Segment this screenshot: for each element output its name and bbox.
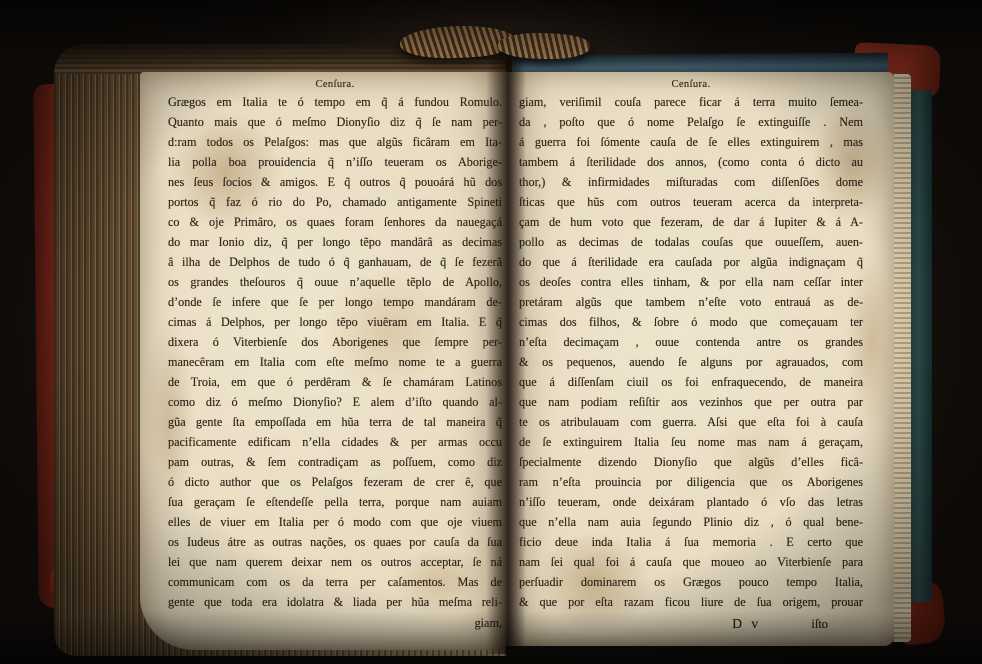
text-line: pretáram algũs que tambem n’eſte voto en… <box>519 292 863 312</box>
text-line: & os pequenos, auendo ſe alguns por agra… <box>519 352 863 372</box>
text-line: giam, veriſimil couſa parece ficar á ter… <box>519 92 863 112</box>
left-page-text-block: Cenſura. Grægos em Italia te ó tempo em … <box>168 78 502 633</box>
text-line: que n’ella nam auia ſegundo Plinio diz ,… <box>519 512 863 532</box>
book-board-edge-right <box>908 90 932 602</box>
text-line: os grandes theſouros q̃ ouue n’aquelle t… <box>168 272 502 292</box>
right-page-text-block: Cenſura. giam, veriſimil couſa parece fi… <box>519 78 863 635</box>
text-line: gũa gente ſta empoſſada em hũa terra de … <box>168 412 502 432</box>
book-photo: Cenſura. Grægos em Italia te ó tempo em … <box>0 0 982 664</box>
text-line: da , poſto que ó nome Pelaſgo ſe extingu… <box>519 112 863 132</box>
text-line: do mar Ionio diz, q̃ per longo tẽpo mand… <box>168 232 502 252</box>
text-line: que nam podiam reſiſtir aos vezinhos que… <box>519 392 863 412</box>
text-line: co & oje Primâro, os quaes foram ſenhore… <box>168 212 502 232</box>
text-line: os Iudeus átre as outras nações, os quae… <box>168 532 502 552</box>
signature-line: D v iſto <box>519 613 863 635</box>
text-line: d’onde ſe infere que ſe per longo tempo … <box>168 292 502 312</box>
text-line: de Troia, em que ó perdêram & ſe chamára… <box>168 372 502 392</box>
text-line: Quanto mais que ó meſmo Dionyſio diz q̃ … <box>168 112 502 132</box>
text-line: dixera ó Viterbienſe dos Aborigenes que … <box>168 332 502 352</box>
text-line: ficio deue inda Italia á ſua memoria . E… <box>519 532 863 552</box>
text-line: te os atribulauam com guerra. Aſsi que e… <box>519 412 863 432</box>
left-page: Cenſura. Grægos em Italia te ó tempo em … <box>140 72 506 650</box>
text-line: â ilha de Delphos de tudo ó q̃ ganhauam,… <box>168 252 502 272</box>
text-line: que á diſſenſam ciuil os foi enfraquecen… <box>519 372 863 392</box>
text-line: cimas dos filhos, & ſobre ó modo que com… <box>519 312 863 332</box>
text-line: & que por eſta razam ficou liure de ſua … <box>519 592 863 612</box>
text-line: de ſe extinguirem Italia ſeu nome mas na… <box>519 432 863 452</box>
text-line: portos q̃ faz ó rio do Po, chamado antig… <box>168 192 502 212</box>
right-page-lines: giam, veriſimil couſa parece ficar á ter… <box>519 92 863 612</box>
running-header-right: Cenſura. <box>519 78 863 92</box>
text-line: ram n’eſta prouincia por diligencia que … <box>519 472 863 492</box>
text-line: tambem á ſterilidade dos annos, (como co… <box>519 152 863 172</box>
text-line: n’iſſo teueram, onde deixáram plantado ó… <box>519 492 863 512</box>
right-page: Cenſura. giam, veriſimil couſa parece fi… <box>506 72 894 646</box>
page-edges-fore-right <box>892 74 911 642</box>
text-line: thor,) & infirmidades miſturadas com diſ… <box>519 172 863 192</box>
text-line: cimas á Delphos, per longo tẽpo viuêram … <box>168 312 502 332</box>
text-line: Grægos em Italia te ó tempo em q̃ á fund… <box>168 92 502 112</box>
text-line: lei que nam querem deixar nem os outros … <box>168 552 502 572</box>
text-line: ó dicto author que os Pelaſgos fezeram d… <box>168 472 502 492</box>
catchword-right: iſto <box>811 613 828 635</box>
text-line: á guerra foi ſómente cauſa de ſe elles e… <box>519 132 863 152</box>
text-line: manecêram em Italia com eſte meſmo nome … <box>168 352 502 372</box>
text-line: do que á ſterilidade era cauſada por alg… <box>519 252 863 272</box>
text-line: pam outras, & ſem contradiçam as poſſuem… <box>168 452 502 472</box>
text-line: pollo as decimas de todalas couſas que o… <box>519 232 863 252</box>
text-line: communicam com os da terra per caſamento… <box>168 572 502 592</box>
text-line: gente que toda era idolatra & liada per … <box>168 592 502 612</box>
text-line: d:ram todos os Pelaſgos: mas que algũs f… <box>168 132 502 152</box>
text-line: perſuadir dominarem os Grægos pouco temp… <box>519 572 863 592</box>
text-line: como diz ó meſmo Dionyſio? E alem d’iſto… <box>168 392 502 412</box>
text-line: ſpecialmente dizendo Dionyſio que algũs … <box>519 452 863 472</box>
text-line: ſua geraçam ſe eſtendeſſe pella terra, p… <box>168 492 502 512</box>
text-line: nes ſeus ſocios & amigos. E q̃ outros q̃… <box>168 172 502 192</box>
text-line: nam ſei qual foi á cauſa que moueo ao Vi… <box>519 552 863 572</box>
running-header-left: Cenſura. <box>168 78 502 92</box>
text-line: n’eſta decimaçam , ouue contenda antre o… <box>519 332 863 352</box>
text-line: os deoſes contra elles tinham, & por ell… <box>519 272 863 292</box>
left-page-lines: Grægos em Italia te ó tempo em q̃ á fund… <box>168 92 502 612</box>
text-line: elles de viuer em Italia per ó modo com … <box>168 512 502 532</box>
text-line: çam de hum voto que fezeram, de dar á Iu… <box>519 212 863 232</box>
text-line: pacificamente edificam n’ella cidades & … <box>168 432 502 452</box>
text-line: ſticas que hũs com outros teueram acerca… <box>519 192 863 212</box>
catchword-left: giam, <box>168 613 502 633</box>
signature-mark: D v <box>732 613 761 635</box>
text-line: lia polla boa prouidencia q̃ n’iſſo teue… <box>168 152 502 172</box>
